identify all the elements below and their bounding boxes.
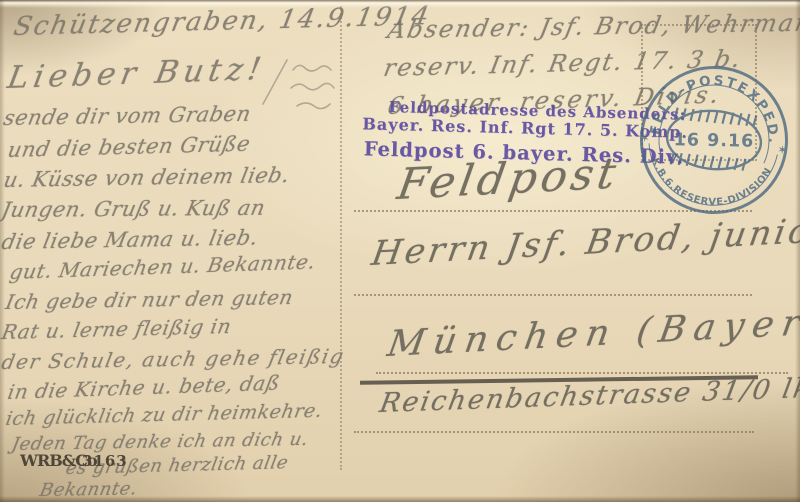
message-line: der Schule, auch gehe fleißig (0, 344, 347, 374)
message-line: und die besten Grüße (6, 132, 253, 162)
message-line: Jungen. Gruß u. Kuß an (0, 196, 268, 222)
postmark-date: 16 9.16 (674, 130, 755, 151)
postmark-star-left: ✶ (639, 131, 650, 146)
address-rule-3 (376, 372, 788, 374)
address-rule-4 (354, 431, 754, 433)
address-rule-2 (354, 294, 752, 296)
photo-top-edge (0, 0, 800, 8)
message-line: Ich gebe dir nur den guten (4, 285, 296, 314)
illegible-insert-scribble (245, 52, 355, 122)
message-line: ich glücklich zu dir heimkehre. (4, 400, 325, 430)
message-line: in die Kirche u. bete, daß (6, 371, 282, 404)
publisher-imprint: WRB&Co 3163 (20, 451, 97, 470)
postmark-star-right: ✶ (777, 143, 788, 158)
photo-right-edge (795, 0, 800, 502)
address-city: München (Bayern) (385, 300, 800, 365)
message-line: Rat u. lerne fleißig in (0, 314, 233, 344)
address-routing: Feldpost (394, 149, 623, 210)
message-line: gut. Mariechen u. Bekannte. (8, 249, 318, 284)
postmark-stamp: FELD-POSTEXPED. K.B.6.RESERVE-DIVISION ✶… (629, 55, 800, 230)
postcard-photo: Schützengraben, 14.9.1914 Lieber Butz! s… (0, 0, 800, 502)
message-salutation: Lieber Butz! (5, 51, 269, 96)
publisher-number: 3163 (82, 452, 128, 470)
photo-bottom-edge (0, 496, 800, 502)
message-line: die liebe Mama u. lieb. (0, 226, 260, 254)
message-line: u. Küsse von deinem lieb. (2, 163, 292, 192)
svg-text:K.B.6.RESERVE-DIVISION: K.B.6.RESERVE-DIVISION (645, 156, 775, 214)
photo-left-edge (0, 0, 5, 502)
message-line: sende dir vom Graben (2, 102, 254, 130)
postmark-bottom-arc-text: K.B.6.RESERVE-DIVISION (645, 156, 775, 214)
